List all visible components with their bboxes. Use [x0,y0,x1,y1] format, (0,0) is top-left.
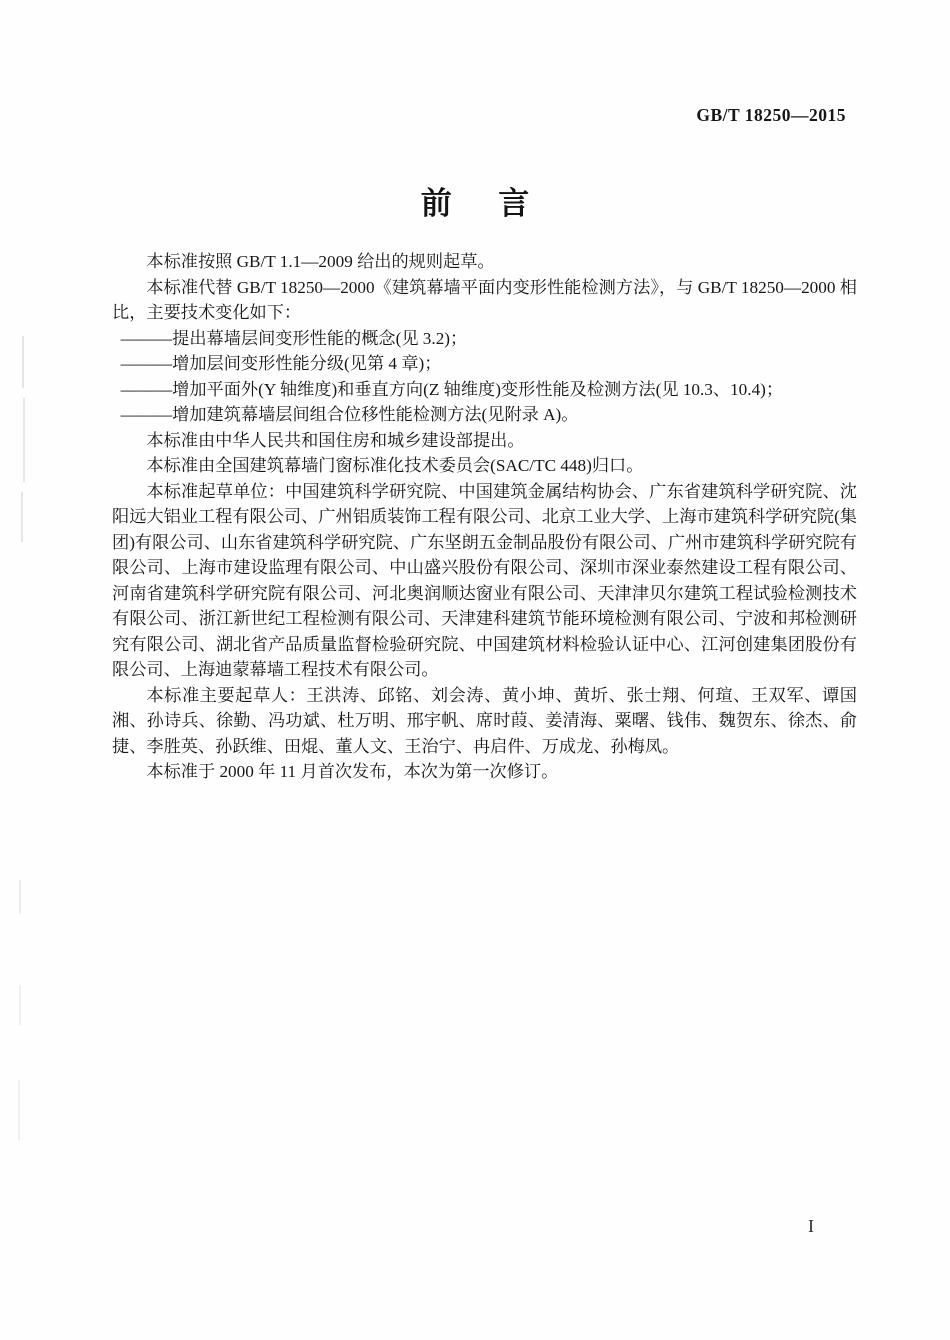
page-title: 前言 [0,178,950,223]
drafting-organizations-paragraph: 本标准起草单位：中国建筑科学研究院、中国建筑金属结构协会、广东省建筑科学研究院、… [112,479,857,683]
change-list-item: ———增加层间变形性能分级(见第 4 章)； [112,351,857,377]
foreword-paragraph: 本标准代替 GB/T 18250—2000《建筑幕墙平面内变形性能检测方法》，与… [112,275,857,326]
scan-artifact [23,398,25,482]
foreword-paragraph: 本标准由中华人民共和国住房和城乡建设部提出。 [112,428,857,454]
change-list-item: ———增加平面外(Y 轴维度)和垂直方向(Z 轴维度)变形性能及检测方法(见 1… [112,377,857,403]
foreword-paragraph: 本标准按照 GB/T 1.1—2009 给出的规则起草。 [112,249,857,275]
page-number: I [808,1216,814,1237]
scan-artifact [19,985,21,1025]
scan-artifact [21,492,23,542]
scan-artifact [18,1080,20,1140]
foreword-body: 本标准按照 GB/T 1.1—2009 给出的规则起草。 本标准代替 GB/T … [112,249,857,785]
change-list-item: ———提出幕墙层间变形性能的概念(见 3.2)； [112,326,857,352]
revision-history-paragraph: 本标准于 2000 年 11 月首次发布，本次为第一次修订。 [112,759,857,785]
drafters-paragraph: 本标准主要起草人：王洪涛、邱铭、刘会涛、黄小坤、黄圻、张士翔、何瑄、王双军、谭国… [112,683,857,760]
standard-code-header: GB/T 18250—2015 [696,105,846,126]
document-page: GB/T 18250—2015 前言 本标准按照 GB/T 1.1—2009 给… [0,0,950,1340]
scan-artifact [19,880,21,914]
change-list-item: ———增加建筑幕墙层间组合位移性能检测方法(见附录 A)。 [112,402,857,428]
foreword-paragraph: 本标准由全国建筑幕墙门窗标准化技术委员会(SAC/TC 448)归口。 [112,453,857,479]
scan-artifact [22,336,24,388]
